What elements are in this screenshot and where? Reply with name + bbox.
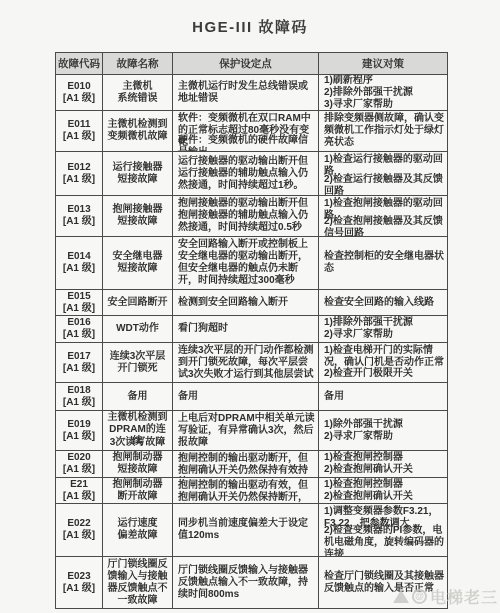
fault-code-cell: E018[A1 级]	[56, 383, 103, 411]
fault-code-table: 故障代码 故障名称 保护设定点 建议对策 E010[A1 级]主微机系统错误主微…	[55, 52, 448, 609]
fault-code-cell: E019[A1 级]	[56, 411, 103, 451]
cell-line: 备用	[178, 391, 315, 403]
cell-line: 抱闸接触器的驱动输出断开但抱闸接触器的辅助触点输入仍然接通，时间持续超过0.5秒	[178, 198, 315, 234]
advice-cell: 备用	[319, 383, 447, 411]
setpoint-cell: 检测到安全回路输入断开	[173, 290, 319, 316]
fault-code-cell: E011[A1 级]	[56, 111, 103, 152]
cell-line: E019	[58, 419, 100, 431]
fault-code-cell: E014[A1 级]	[56, 237, 103, 290]
cell-line: 上电后对DPRAM中相关单元读写验证，有异常确认3次，然后报故障	[178, 413, 315, 448]
fault-name-cell: 主微机检测到DPRAM的连续3次读写故障	[103, 411, 173, 451]
cell-line: 1)刷新程序	[324, 75, 444, 87]
cell-line: 3次读写故障	[105, 437, 170, 449]
fault-code-cell: E022[A1 级]	[56, 504, 103, 557]
table-row: E023[A1 级]厅门锁线圈反馈输入与接触器反馈触点不一致故障厅门锁线圈反馈输…	[56, 557, 447, 608]
cell-line: 2)寻求厂家帮助	[324, 329, 444, 341]
table-row: E020[A1 级]抱闸制动器短接故障抱闸控制的输出驱动断开，但抱闸确认开关仍然…	[56, 451, 447, 478]
advice-cell: 检查控制柜的安全继电器状态	[319, 237, 447, 290]
cell-line: 厅门锁线圈反	[105, 559, 170, 571]
cell-line: 检查控制柜的安全继电器状态	[324, 251, 444, 275]
advice-cell: 1)检查抱闸控制器2)检查抱闸确认开关	[319, 451, 447, 478]
table-header-row: 故障代码 故障名称 保护设定点 建议对策	[56, 53, 447, 75]
cell-line: DPRAM的连续	[105, 424, 170, 437]
fault-code-cell: E010[A1 级]	[56, 75, 103, 111]
cell-line: 抱闸制动器	[105, 452, 170, 464]
cell-line: 变频微机故障	[105, 131, 170, 143]
cell-line: 2)检查变频器的PI参数，电机电磁角度，旋转编码器的连接	[324, 525, 444, 554]
setpoint-cell: 同步机当前速度偏差大于设定值120ms	[173, 504, 319, 557]
cell-line: 2)检查抱闸确认开关	[324, 464, 444, 476]
table-row: E022[A1 级]运行速度偏差故障同步机当前速度偏差大于设定值120ms1)调…	[56, 504, 447, 557]
setpoint-cell: 主微机运行时发生总线错误或地址错误	[173, 75, 319, 111]
cell-line: 抱闸制动器	[105, 479, 170, 491]
fault-code-cell: E015[A1 级]	[56, 290, 103, 316]
cell-line: E21	[58, 479, 100, 491]
cell-line: 抱闸接触器	[105, 204, 170, 216]
cell-line: 备用	[105, 391, 170, 403]
advice-cell: 1)检查运行接触器的驱动回路2)检查运行接触器及其反馈回路	[319, 152, 447, 196]
table-row: E21[A1 级]抱闸制动器断开故障抱闸控制的输出驱动有效，但抱闸确认开关仍然保…	[56, 478, 447, 504]
setpoint-cell: 抱闸控制的输出驱动有效，但抱闸确认开关仍然保持断开，持续1.5s。	[173, 478, 319, 504]
fault-code-cell: E017[A1 级]	[56, 343, 103, 383]
cell-line: 一致故障	[105, 595, 170, 607]
cell-line: 排除变频器侧故障，确认变频微机工作指示灯处于绿灯亮状态	[324, 113, 444, 149]
fault-name-cell: 厅门锁线圈反馈输入与接触器反馈触点不一致故障	[103, 557, 173, 608]
cell-line: 2)寻求厂家帮助	[324, 431, 444, 443]
cell-line: 安全回路断开	[105, 297, 170, 309]
cell-line: 2)检查运行接触器及其反馈回路	[324, 174, 444, 194]
table-body: E010[A1 级]主微机系统错误主微机运行时发生总线错误或地址错误1)刷新程序…	[56, 75, 447, 608]
table-row: E019[A1 级]主微机检测到DPRAM的连续3次读写故障上电后对DPRAM中…	[56, 411, 447, 451]
cell-line: WDT动作	[105, 323, 170, 335]
cell-line: [A1 级]	[58, 431, 100, 443]
cell-line: [A1 级]	[58, 530, 100, 542]
cell-line: [A1 级]	[58, 216, 100, 228]
fault-code-cell: E016[A1 级]	[56, 316, 103, 343]
setpoint-cell: 看门狗超时	[173, 316, 319, 343]
cell-line: E011	[58, 119, 100, 131]
advice-cell: 1)刷新程序2)排除外部强干扰源3)寻求厂家帮助	[319, 75, 447, 111]
cell-line: 1)排除外部强干扰源	[324, 317, 444, 329]
table-row: E016[A1 级]WDT动作看门狗超时1)排除外部强干扰源2)寻求厂家帮助	[56, 316, 447, 343]
advice-cell: 检查厅门锁线圈及其接触器反馈触点的输入是否正常	[319, 557, 447, 608]
table-row: E018[A1 级]备用备用备用	[56, 383, 447, 411]
setpoint-cell: 厅门锁线圈反馈输入与接触器反馈触点输入不一致故障，持续时间800ms	[173, 557, 319, 608]
setpoint-cell: 连续3次平层的开门动作都检测到开门锁死故障，每次平层尝试3次失败才运行到其他层尝…	[173, 343, 319, 383]
cell-line: [A1 级]	[58, 397, 100, 409]
cell-line: E016	[58, 317, 100, 329]
cell-line: 1)调整变频器参数F3.21，F3.22，把参数调大	[324, 506, 444, 525]
table-row: E015[A1 级]安全回路断开检测到安全回路输入断开检查安全回路的输入线路	[56, 290, 447, 316]
fault-code-cell: E21[A1 级]	[56, 478, 103, 504]
fault-name-cell: 备用	[103, 383, 173, 411]
fault-code-cell: E023[A1 级]	[56, 557, 103, 608]
header-fault-code: 故障代码	[56, 53, 103, 75]
cell-line: 1)检查抱闸接触器的驱动回路	[324, 198, 444, 216]
cell-line: 备用	[324, 391, 444, 403]
cell-line: 连续3次平层	[105, 351, 170, 363]
table-row: E010[A1 级]主微机系统错误主微机运行时发生总线错误或地址错误1)刷新程序…	[56, 75, 447, 111]
cell-line: 1)检查抱闸控制器	[324, 479, 444, 491]
header-fault-name: 故障名称	[103, 53, 173, 75]
cell-line: E018	[58, 385, 100, 397]
cell-line: E015	[58, 291, 100, 303]
advice-cell: 1)检查电梯开门的实际情况，确认门机是否动作正常2)检查开门极限开关	[319, 343, 447, 383]
cell-line: 抱闸控制的输出驱动有效，但抱闸确认开关仍然保持断开，持续1.5s。	[178, 480, 315, 501]
cell-line: [A1 级]	[58, 303, 100, 315]
setpoint-cell: 抱闸控制的输出驱动断开，但抱闸确认开关仍然保持有效持续1.5s	[173, 451, 319, 478]
cell-line: 主微机检测到	[105, 119, 170, 131]
cell-line: 短接故障	[105, 216, 170, 228]
advice-cell: 1)检查抱闸接触器的驱动回路2)检查抱闸接触器及其反馈信号回路	[319, 196, 447, 237]
cell-line: 短接故障	[105, 174, 170, 186]
cell-line: 安全继电器	[105, 251, 170, 263]
setpoint-cell: 运行接触器的驱动输出断开但运行接触器的辅助触点输入仍然接通，时间持续超过1秒。	[173, 152, 319, 196]
cell-line: 运行接触器的驱动输出断开但运行接触器的辅助触点输入仍然接通，时间持续超过1秒。	[178, 156, 315, 192]
cell-line: [A1 级]	[58, 491, 100, 503]
setpoint-cell: 安全回路输入断开或控制板上安全继电器的驱动输出断开，但安全继电器的触点仍未断开，…	[173, 237, 319, 290]
cell-line: [A1 级]	[58, 131, 100, 143]
cell-line: [A1 级]	[58, 464, 100, 476]
cell-line: 检测到安全回路输入断开	[178, 297, 315, 309]
cell-line: 短接故障	[105, 464, 170, 476]
cell-line: 安全回路输入断开或控制板上安全继电器的驱动输出断开，但安全继电器的触点仍未断开，…	[178, 239, 315, 287]
advice-cell: 1)除外部强干扰源2)寻求厂家帮助	[319, 411, 447, 451]
cell-line: E023	[58, 571, 100, 583]
cell-line: E020	[58, 452, 100, 464]
cell-line: E010	[58, 81, 100, 93]
page-title: HGE-III 故障码	[0, 16, 500, 37]
cell-line: 1)检查电梯开门的实际情况，确认门机是否动作正常	[324, 345, 444, 368]
cell-line: 运行接触器	[105, 162, 170, 174]
fault-name-cell: 安全继电器短接故障	[103, 237, 173, 290]
cell-line: 1)检查运行接触器的驱动回路	[324, 154, 444, 174]
cell-line: 检查厅门锁线圈及其接触器反馈触点的输入是否正常	[324, 571, 444, 595]
header-setpoint: 保护设定点	[173, 53, 319, 75]
cell-line: 3)寻求厂家帮助	[324, 99, 444, 111]
cell-line: [A1 级]	[58, 363, 100, 375]
cell-line: 2)排除外部强干扰源	[324, 87, 444, 99]
cell-line: [A1 级]	[58, 174, 100, 186]
cell-line: 器反馈触点不	[105, 583, 170, 595]
fault-name-cell: 运行接触器短接故障	[103, 152, 173, 196]
cell-line: 开门锁死	[105, 363, 170, 375]
table-row: E017[A1 级]连续3次平层开门锁死连续3次平层的开门动作都检测到开门锁死故…	[56, 343, 447, 383]
advice-cell: 1)调整变频器参数F3.21，F3.22，把参数调大2)检查变频器的PI参数，电…	[319, 504, 447, 557]
cell-line: E022	[58, 518, 100, 530]
cell-line: 2)检查开门极限开关	[324, 368, 444, 380]
advice-cell: 1)排除外部强干扰源2)寻求厂家帮助	[319, 316, 447, 343]
setpoint-cell: 上电后对DPRAM中相关单元读写验证，有异常确认3次，然后报故障	[173, 411, 319, 451]
fault-name-cell: 安全回路断开	[103, 290, 173, 316]
cell-line: [A1 级]	[58, 329, 100, 341]
advice-cell: 检查安全回路的输入线路	[319, 290, 447, 316]
cell-line: 检查安全回路的输入线路	[324, 297, 444, 309]
cell-line: 运行速度	[105, 518, 170, 530]
cell-line: E012	[58, 162, 100, 174]
cell-line: [A1 级]	[58, 583, 100, 595]
fault-name-cell: 抱闸制动器断开故障	[103, 478, 173, 504]
fault-name-cell: WDT动作	[103, 316, 173, 343]
fault-name-cell: 抱闸制动器短接故障	[103, 451, 173, 478]
cell-line: [A1 级]	[58, 263, 100, 275]
cell-line: 主微机运行时发生总线错误或地址错误	[178, 81, 315, 105]
table-row: E013[A1 级]抱闸接触器短接故障抱闸接触器的驱动输出断开但抱闸接触器的辅助…	[56, 196, 447, 237]
advice-cell: 排除变频器侧故障，确认变频微机工作指示灯处于绿灯亮状态	[319, 111, 447, 152]
setpoint-cell: 备用	[173, 383, 319, 411]
cell-line: 连续3次平层的开门动作都检测到开门锁死故障，每次平层尝试3次失败才运行到其他层尝…	[178, 345, 315, 380]
fault-name-cell: 主微机检测到变频微机故障	[103, 111, 173, 152]
cell-line: 主微机	[105, 81, 170, 93]
cell-line: 系统错误	[105, 93, 170, 105]
cell-line: 同步机当前速度偏差大于设定值120ms	[178, 518, 315, 542]
fault-code-cell: E013[A1 级]	[56, 196, 103, 237]
cell-line: E014	[58, 251, 100, 263]
cell-line: 厅门锁线圈反馈输入与接触器反馈触点输入不一致故障，持续时间800ms	[178, 565, 315, 601]
document-page: HGE-III 故障码 故障代码 故障名称 保护设定点 建议对策 E010[A1…	[0, 0, 500, 613]
cell-line: 断开故障	[105, 491, 170, 503]
cell-line: 主微机检测到	[105, 412, 170, 424]
fault-name-cell: 连续3次平层开门锁死	[103, 343, 173, 383]
cell-line: 看门狗超时	[178, 323, 315, 335]
setpoint-cell: 软件：变频微机在双口RAM中的正常标志超过80毫秒没有变化硬件：变频微机的硬件故…	[173, 111, 319, 152]
table-row: E014[A1 级]安全继电器短接故障安全回路输入断开或控制板上安全继电器的驱动…	[56, 237, 447, 290]
cell-line: 1)检查抱闸控制器	[324, 452, 444, 464]
cell-line: 软件：变频微机在双口RAM中的正常标志超过80毫秒没有变化	[178, 113, 315, 135]
cell-line: 2)检查抱闸确认开关	[324, 491, 444, 503]
fault-name-cell: 运行速度偏差故障	[103, 504, 173, 557]
cell-line: 短接故障	[105, 263, 170, 275]
fault-name-cell: 主微机系统错误	[103, 75, 173, 111]
cell-line: E013	[58, 204, 100, 216]
cell-line: 偏差故障	[105, 530, 170, 542]
header-advice: 建议对策	[319, 53, 447, 75]
cell-line: 硬件：变频微机的硬件故障信号输出	[178, 135, 315, 149]
cell-line: 馈输入与接触	[105, 571, 170, 583]
advice-cell: 1)检查抱闸控制器2)检查抱闸确认开关	[319, 478, 447, 504]
cell-line: [A1 级]	[58, 93, 100, 105]
table-row: E012[A1 级]运行接触器短接故障运行接触器的驱动输出断开但运行接触器的辅助…	[56, 152, 447, 196]
cell-line: 抱闸控制的输出驱动断开，但抱闸确认开关仍然保持有效持续1.5s	[178, 453, 315, 475]
cell-line: 2)检查抱闸接触器及其反馈信号回路	[324, 216, 444, 234]
cell-line: E017	[58, 351, 100, 363]
table-row: E011[A1 级]主微机检测到变频微机故障软件：变频微机在双口RAM中的正常标…	[56, 111, 447, 152]
fault-name-cell: 抱闸接触器短接故障	[103, 196, 173, 237]
setpoint-cell: 抱闸接触器的驱动输出断开但抱闸接触器的辅助触点输入仍然接通，时间持续超过0.5秒	[173, 196, 319, 237]
cell-line: 1)除外部强干扰源	[324, 419, 444, 431]
fault-code-cell: E020[A1 级]	[56, 451, 103, 478]
fault-code-cell: E012[A1 级]	[56, 152, 103, 196]
